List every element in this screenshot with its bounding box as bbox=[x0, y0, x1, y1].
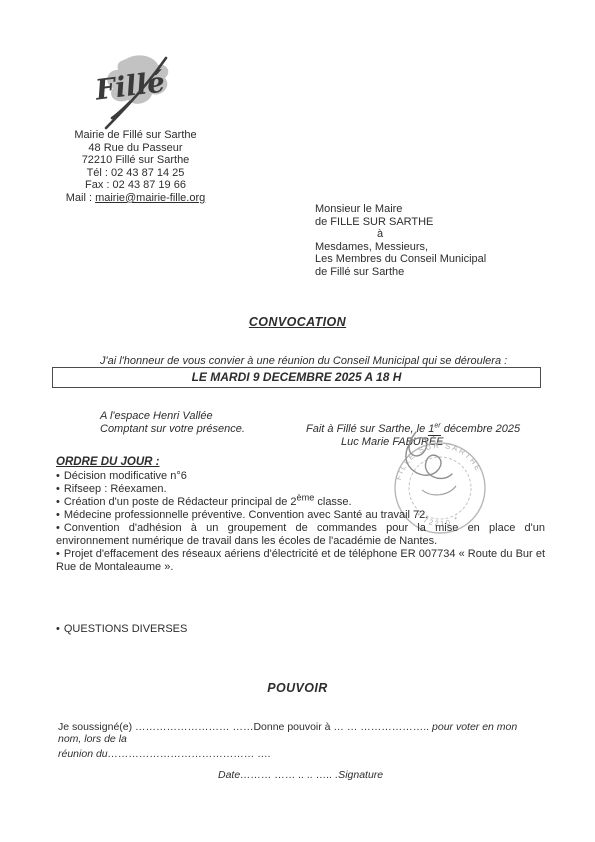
agenda-item: •Médecine professionnelle préventive. Co… bbox=[56, 509, 545, 522]
pouvoir-line1: Je soussigné(e) ……………………… ……Donne pouvoi… bbox=[58, 721, 542, 745]
address-line: 72210 Fillé sur Sarthe bbox=[38, 154, 233, 167]
pouvoir-title: POUVOIR bbox=[0, 681, 595, 695]
questions-diverses: •QUESTIONS DIVERSES bbox=[56, 623, 187, 635]
address-line: Tél : 02 43 87 14 25 bbox=[38, 167, 233, 180]
agenda-item: •Projet d'effacement des réseaux aériens… bbox=[56, 548, 545, 574]
agenda-item: •Décision modificative n°6 bbox=[56, 470, 545, 483]
recipient-block: Monsieur le Maire de FILLE SUR SARTHE à … bbox=[315, 203, 486, 279]
recipient-line: à bbox=[315, 228, 486, 241]
document-page: Fillé Mairie de Fillé sur Sarthe 48 Rue … bbox=[0, 0, 595, 842]
recipient-line: Les Membres du Conseil Municipal bbox=[315, 253, 486, 266]
address-line: Fax : 02 43 87 19 66 bbox=[38, 179, 233, 192]
agenda-title: ORDRE DU JOUR : bbox=[56, 456, 545, 468]
recipient-line: de FILLE SUR SARTHE bbox=[315, 216, 486, 229]
agenda-item: •Création d'un poste de Rédacteur princi… bbox=[56, 496, 545, 509]
bullet-glyph: • bbox=[56, 623, 60, 635]
address-mail-line: Mail : mairie@mairie-fille.org bbox=[38, 192, 233, 205]
bullet-glyph: • bbox=[56, 548, 60, 560]
logo-script-text: Fillé bbox=[93, 65, 167, 106]
sender-address-block: Mairie de Fillé sur Sarthe 48 Rue du Pas… bbox=[38, 129, 233, 205]
mail-link[interactable]: mairie@mairie-fille.org bbox=[95, 192, 205, 204]
address-line: Mairie de Fillé sur Sarthe bbox=[38, 129, 233, 142]
recipient-line: Mesdames, Messieurs, bbox=[315, 241, 486, 254]
convocation-title: CONVOCATION bbox=[0, 315, 595, 329]
recipient-line: Monsieur le Maire bbox=[315, 203, 486, 216]
agenda-item: •Convention d'adhésion à un groupement d… bbox=[56, 522, 545, 548]
fille-town-logo: Fillé bbox=[86, 52, 188, 136]
bullet-glyph: • bbox=[56, 509, 60, 521]
presence-note: Comptant sur votre présence. bbox=[100, 423, 245, 435]
pouvoir-date-signature-line: Date……… …… .. .. ….. .Signature bbox=[218, 769, 383, 781]
bullet-glyph: • bbox=[56, 470, 60, 482]
agenda-section: ORDRE DU JOUR : •Décision modificative n… bbox=[56, 456, 545, 574]
meeting-place: A l'espace Henri Vallée bbox=[100, 410, 213, 422]
recipient-line: de Fillé sur Sarthe bbox=[315, 266, 486, 279]
address-line: 48 Rue du Passeur bbox=[38, 142, 233, 155]
meeting-date-box: LE MARDI 9 DECEMBRE 2025 A 18 H bbox=[52, 367, 541, 388]
convocation-intro: J'ai l'honneur de vous convier à une réu… bbox=[100, 355, 507, 367]
bullet-glyph: • bbox=[56, 483, 60, 495]
mail-label: Mail : bbox=[66, 192, 95, 204]
bullet-glyph: • bbox=[56, 522, 60, 534]
pouvoir-line2: réunion du…………………………………… …. bbox=[58, 748, 271, 760]
bullet-glyph: • bbox=[56, 496, 60, 508]
